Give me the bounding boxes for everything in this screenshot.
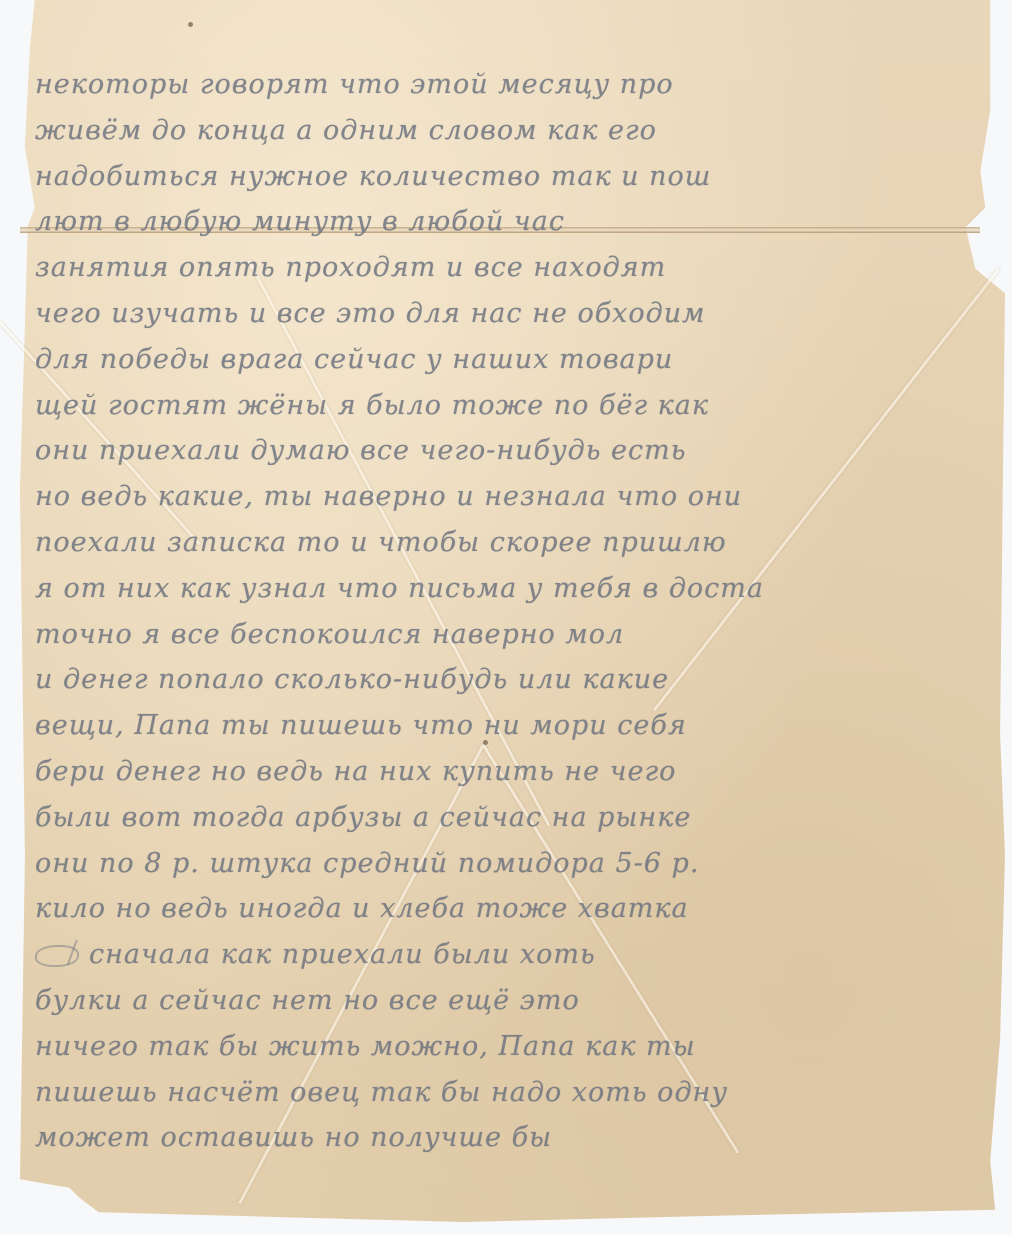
letter-line: я от них как узнал что письма у тебя в д… — [35, 566, 995, 612]
letter-line: были вот тогда арбузы а сейчас на рынке — [35, 795, 995, 841]
letter-line: некоторы говорят что этой месяцу про — [35, 62, 995, 108]
letter-line: бери денег но ведь на них купить не чего — [35, 749, 995, 795]
letter-line: они по 8 р. штука средний помидора 5-6 р… — [35, 841, 995, 887]
letter-line: лют в любую минуту в любой час — [35, 199, 995, 245]
letter-line: надобиться нужное количество так и пош — [35, 154, 995, 200]
letter-line: булки а сейчас нет но все ещё это — [35, 978, 995, 1024]
letter-line: кило но ведь иногда и хлеба тоже хватка — [35, 886, 995, 932]
letter-line: чего изучать и все это для нас не обходи… — [35, 291, 995, 337]
letter-line-with-doodle: сначала как приехали были хоть — [35, 932, 995, 978]
letter-line: поехали записка то и чтобы скорее пришлю — [35, 520, 995, 566]
letter-line: и денег попало сколько-нибудь или какие — [35, 657, 995, 703]
letter-line: щей гостят жёны я было тоже по бёг как — [35, 383, 995, 429]
pencil-doodle-icon — [35, 945, 79, 967]
paper-speck — [188, 22, 193, 27]
letter-line: занятия опять проходят и все находят — [35, 245, 995, 291]
letter-line: они приехали думаю все чего-нибудь есть — [35, 428, 995, 474]
letter-body: некоторы говорят что этой месяцу про жив… — [35, 62, 995, 1161]
letter-line: может оставишь но получше бы — [35, 1115, 995, 1161]
letter-line: но ведь какие, ты наверно и незнала что … — [35, 474, 995, 520]
letter-line: точно я все беспокоился наверно мол — [35, 612, 995, 658]
letter-line: живём до конца а одним словом как его — [35, 108, 995, 154]
letter-line: ничего так бы жить можно, Папа как ты — [35, 1024, 995, 1070]
letter-line: вещи, Папа ты пишешь что ни мори себя — [35, 703, 995, 749]
letter-line-text: сначала как приехали были хоть — [89, 939, 596, 970]
letter-line: пишешь насчёт овец так бы надо хоть одну — [35, 1070, 995, 1116]
letter-line: для победы врага сейчас у наших товари — [35, 337, 995, 383]
